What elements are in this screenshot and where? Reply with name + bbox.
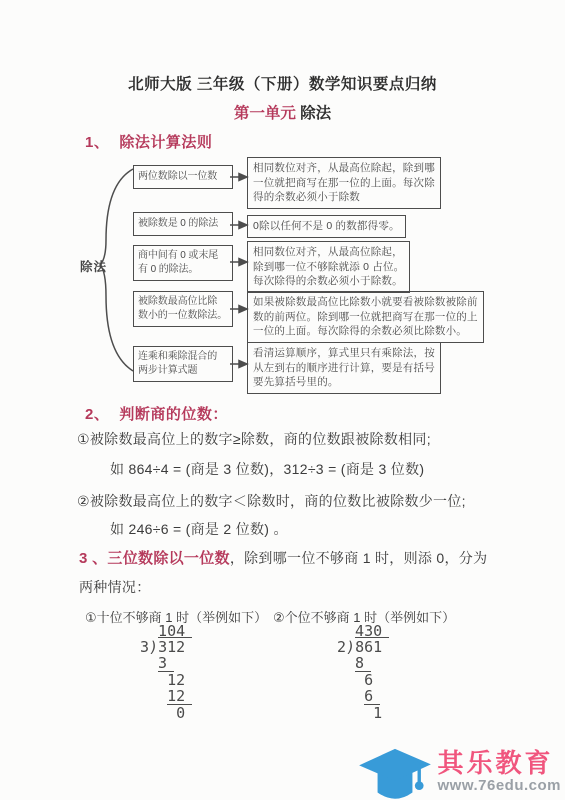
flowchart-root-label: 除法 xyxy=(80,257,107,275)
flowchart-rule-box-4: 如果被除数最高位比除数小就要看被除数被除前 数的前两位。除到哪一位就把商写在那一… xyxy=(247,291,484,343)
example-1-text: 如 864÷4 = (商是 3 位数)，312÷3 = (商是 3 位数) xyxy=(110,459,424,479)
remainder-line: 0 xyxy=(158,705,192,721)
flowchart-topic-box-5: 连乘和乘除混合的 两步计算式题 xyxy=(133,346,233,382)
flowchart-topic-box-4: 被除数最高位比除 数小的一位数除法。 xyxy=(133,291,233,327)
unit-title: 第一单元 除法 xyxy=(0,101,565,123)
section-2-heading: 2、判断商的位数： xyxy=(85,403,228,424)
long-division-example-2: 430 2)861 8 6 6 1 xyxy=(337,623,389,721)
division-row: 3)312 xyxy=(140,639,192,655)
example-2-text: 如 246÷6 = (商是 2 位数) 。 xyxy=(110,519,288,539)
brand-logo: 其乐教育 www.76edu.com xyxy=(356,744,561,800)
section-1-heading: 1、除法计算法则 xyxy=(85,131,212,152)
flowchart-topic-box-3: 商中间有 0 或末尾 有 0 的除法。 xyxy=(133,245,233,281)
flowchart-topic-box-1: 两位数除以一位数 xyxy=(133,165,233,189)
division-rules-flowchart: 除法 两位数除以一位数 被除数是 0 的除法 商中间有 0 或末尾 有 0 的除… xyxy=(0,156,565,396)
flowchart-topic-box-2: 被除数是 0 的除法 xyxy=(133,212,233,236)
work-line: 3 xyxy=(158,655,192,672)
brand-text: 其乐教育 www.76edu.com xyxy=(438,749,561,795)
work-line: 6 xyxy=(355,688,389,705)
rule-2-text: ②被除数最高位上的数字＜除数时，商的位数比被除数少一位; xyxy=(77,491,466,511)
flowchart-rule-box-3: 相同数位对齐，从最高位除起， 除到哪一位不够除就添 0 占位。 每次除得的余数必… xyxy=(247,241,410,293)
brand-name: 其乐教育 xyxy=(438,749,554,777)
remainder-line: 1 xyxy=(355,705,389,721)
section-3-heading-line2: 两种情况： xyxy=(79,577,151,597)
rule-1-text: ①被除数最高位上的数字≥除数，商的位数跟被除数相同; xyxy=(77,429,431,449)
work-line: 12 xyxy=(158,672,192,688)
division-row: 2)861 xyxy=(337,639,389,655)
page-title: 北师大版 三年级（下册）数学知识要点归纳 xyxy=(0,72,565,94)
work-line: 12 xyxy=(158,688,192,705)
flowchart-rule-box-2: 0除以任何不是 0 的数都得零。 xyxy=(247,215,406,238)
graduation-cap-icon xyxy=(356,744,434,800)
long-division-example-1: 104 3)312 3 12 12 0 xyxy=(140,623,192,721)
work-line: 8 xyxy=(355,655,389,672)
brand-url: www.76edu.com xyxy=(438,777,561,795)
flowchart-rule-box-5: 看清运算顺序，算式里只有乘除法，按 从左到右的顺序进行计算，要是有括号 要先算括… xyxy=(247,342,441,394)
unit-label: 第一单元 xyxy=(234,105,296,122)
section-3-heading: 3 、三位数除以一位数，除到哪一位不够商 1 时，则添 0，分为 xyxy=(79,547,487,568)
work-line: 6 xyxy=(355,672,389,688)
flowchart-rule-box-1: 相同数位对齐，从最高位除起，除到哪 一位就把商写在那一位的上面。每次除 得的余数… xyxy=(247,157,441,209)
unit-name: 除法 xyxy=(300,105,331,122)
document-page: 北师大版 三年级（下册）数学知识要点归纳 第一单元 除法 1、除法计算法则 除法… xyxy=(0,0,565,800)
